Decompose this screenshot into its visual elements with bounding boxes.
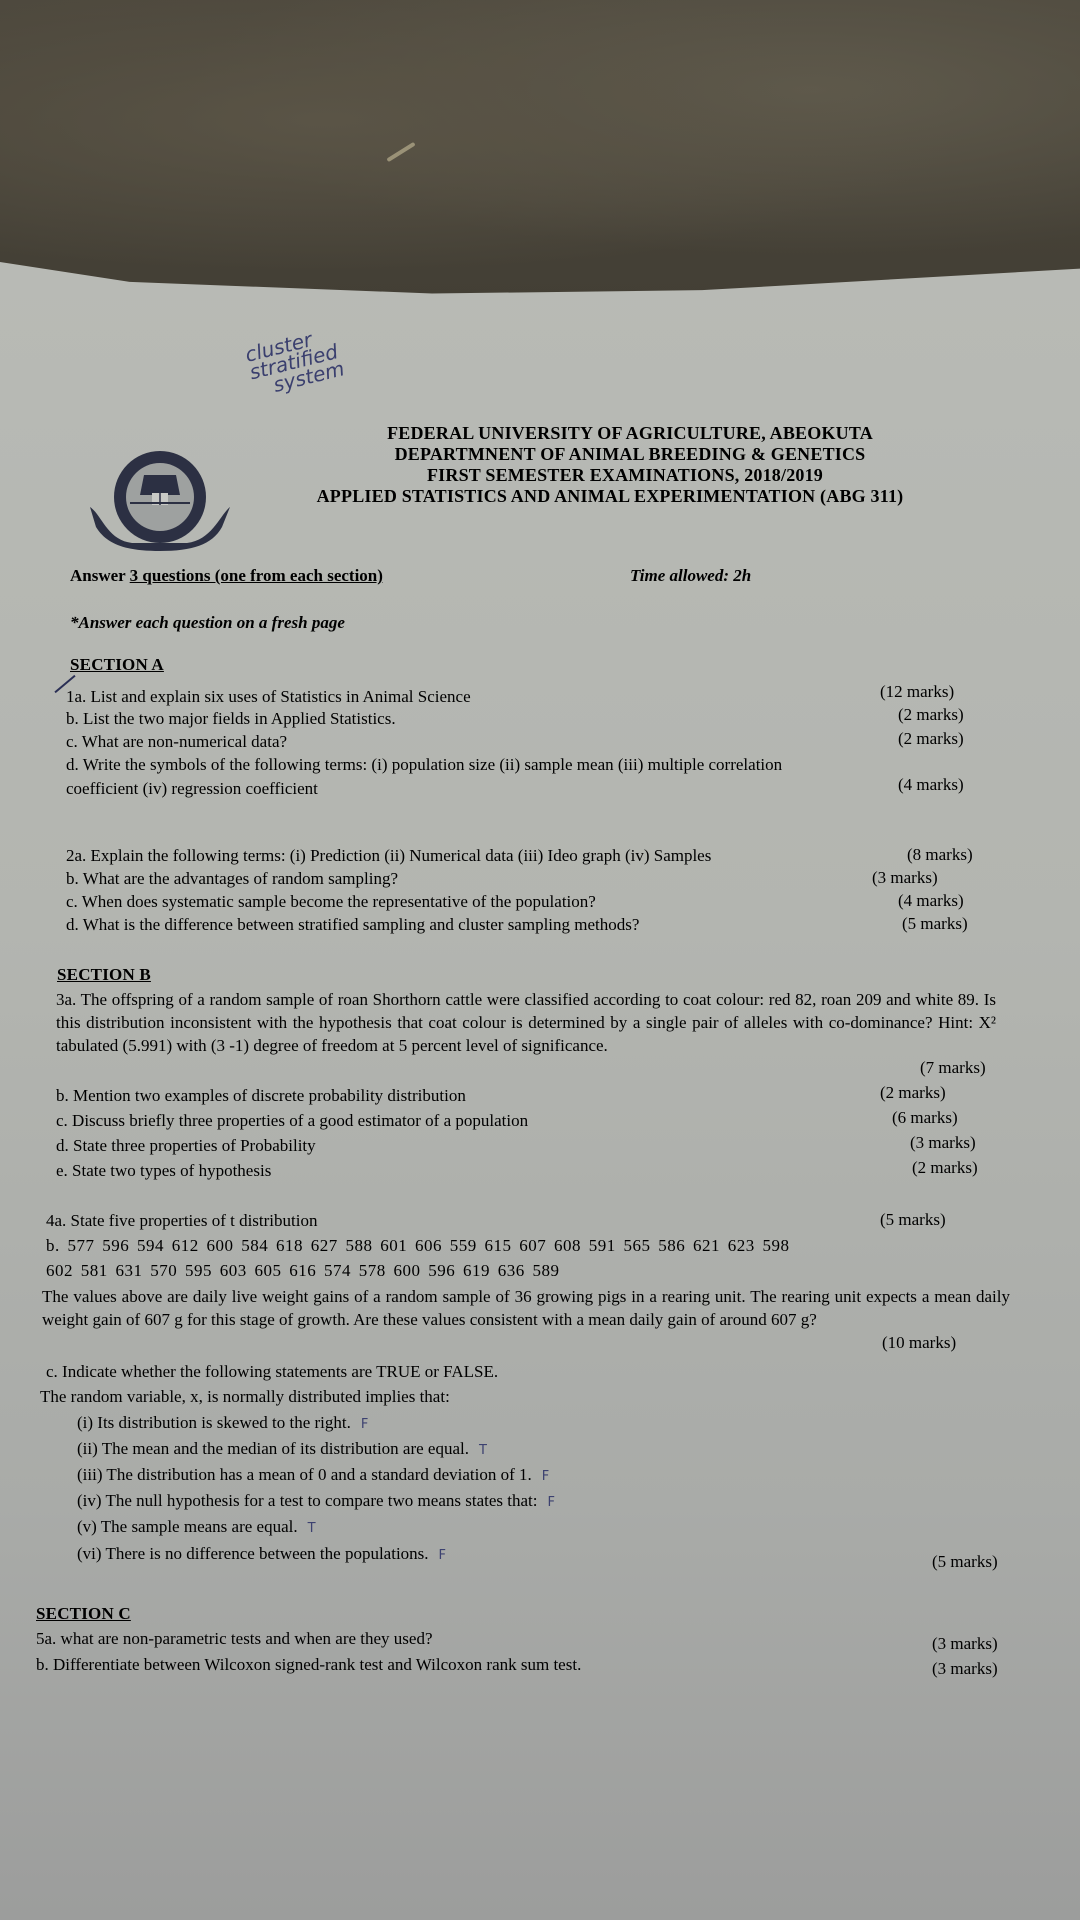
question-2d: d. What is the difference between strati…	[66, 914, 639, 935]
tf-statement: (ii) The mean and the median of its dist…	[77, 1439, 469, 1458]
marks-3a: (7 marks)	[920, 1058, 986, 1078]
question-4c: c. Indicate whether the following statem…	[46, 1361, 498, 1382]
tf-item-vi: (vi) There is no difference between the …	[77, 1543, 446, 1566]
table-surface-background	[0, 0, 1080, 300]
question-1d-cont: coefficient (iv) regression coefficient	[66, 778, 318, 799]
question-1b: b. List the two major fields in Applied …	[66, 708, 396, 729]
marks-3b: (2 marks)	[880, 1083, 946, 1103]
tf-statement: (iv) The null hypothesis for a test to c…	[77, 1491, 537, 1510]
section-b-title: SECTION B	[57, 965, 151, 985]
marks-3d: (3 marks)	[910, 1133, 976, 1153]
exam-header: FEDERAL UNIVERSITY OF AGRICULTURE, ABEOK…	[270, 423, 990, 507]
question-1a: 1a. List and explain six uses of Statist…	[66, 686, 471, 707]
marks-2d: (5 marks)	[902, 914, 968, 934]
marks-1d: (4 marks)	[898, 775, 964, 795]
handwritten-answer: F	[361, 1417, 368, 1432]
answer-prefix: Answer	[70, 566, 130, 585]
answer-count: 3 questions (one from each section)	[130, 566, 383, 585]
tf-item-i: (i) Its distribution is skewed to the ri…	[77, 1412, 368, 1435]
question-1d: d. Write the symbols of the following te…	[66, 754, 782, 775]
university-name: FEDERAL UNIVERSITY OF AGRICULTURE, ABEOK…	[270, 423, 990, 444]
tf-statement: (iii) The distribution has a mean of 0 a…	[77, 1465, 532, 1484]
question-5b: b. Differentiate between Wilcoxon signed…	[36, 1654, 581, 1675]
section-a-title: SECTION A	[70, 655, 164, 675]
question-3d: d. State three properties of Probability	[56, 1135, 316, 1156]
marks-4b: (10 marks)	[882, 1333, 956, 1353]
fresh-page-note: *Answer each question on a fresh page	[70, 613, 345, 633]
marks-3e: (2 marks)	[912, 1158, 978, 1178]
handwritten-answer: F	[542, 1469, 549, 1484]
marks-2a: (8 marks)	[907, 845, 973, 865]
marks-5a: (3 marks)	[932, 1634, 998, 1654]
tf-item-iv: (iv) The null hypothesis for a test to c…	[77, 1490, 555, 1513]
question-3b: b. Mention two examples of discrete prob…	[56, 1085, 466, 1106]
handwritten-answer: F	[439, 1548, 446, 1563]
question-3a: 3a. The offspring of a random sample of …	[56, 988, 996, 1057]
question-4a: 4a. State five properties of t distribut…	[46, 1210, 317, 1231]
tf-statement: (vi) There is no difference between the …	[77, 1544, 429, 1563]
question-5a: 5a. what are non-parametric tests and wh…	[36, 1628, 433, 1649]
marks-4c: (5 marks)	[932, 1552, 998, 1572]
tf-statement: (i) Its distribution is skewed to the ri…	[77, 1413, 351, 1432]
debris	[386, 142, 415, 162]
question-4b-data-line-1: b. 577 596 594 612 600 584 618 627 588 6…	[46, 1235, 790, 1256]
question-3e: e. State two types of hypothesis	[56, 1160, 271, 1181]
section-c-title: SECTION C	[36, 1604, 131, 1624]
question-2a: 2a. Explain the following terms: (i) Pre…	[66, 845, 711, 866]
marks-3c: (6 marks)	[892, 1108, 958, 1128]
handwritten-answer: T	[479, 1443, 487, 1458]
question-2c: c. When does systematic sample become th…	[66, 891, 596, 912]
question-1c: c. What are non-numerical data?	[66, 731, 287, 752]
question-2b: b. What are the advantages of random sam…	[66, 868, 398, 889]
course-title: APPLIED STATISTICS AND ANIMAL EXPERIMENT…	[230, 486, 990, 507]
marks-4a: (5 marks)	[880, 1210, 946, 1230]
department-name: DEPARTMNENT OF ANIMAL BREEDING & GENETIC…	[270, 444, 990, 465]
question-4b-data-line-2: 602 581 631 570 595 603 605 616 574 578 …	[46, 1260, 560, 1281]
marks-2b: (3 marks)	[872, 868, 938, 888]
marks-1b: (2 marks)	[898, 705, 964, 725]
tf-statement: (v) The sample means are equal.	[77, 1517, 298, 1536]
time-allowed: Time allowed: 2h	[630, 566, 751, 586]
marks-5b: (3 marks)	[932, 1659, 998, 1679]
question-4c-stem: The random variable, x, is normally dist…	[40, 1386, 450, 1407]
tf-item-v: (v) The sample means are equal.T	[77, 1516, 316, 1539]
university-crest-icon	[82, 445, 237, 553]
handwritten-answer: T	[308, 1521, 316, 1536]
handwritten-answer: F	[547, 1495, 554, 1510]
marks-1c: (2 marks)	[898, 729, 964, 749]
tf-item-ii: (ii) The mean and the median of its dist…	[77, 1438, 487, 1461]
answer-instruction: Answer 3 questions (one from each sectio…	[70, 566, 970, 586]
marks-1a: (12 marks)	[880, 682, 954, 702]
marks-2c: (4 marks)	[898, 891, 964, 911]
tf-item-iii: (iii) The distribution has a mean of 0 a…	[77, 1464, 549, 1487]
question-4b-description: The values above are daily live weight g…	[42, 1285, 1010, 1331]
exam-session: FIRST SEMESTER EXAMINATIONS, 2018/2019	[260, 465, 990, 486]
question-3c: c. Discuss briefly three properties of a…	[56, 1110, 528, 1131]
